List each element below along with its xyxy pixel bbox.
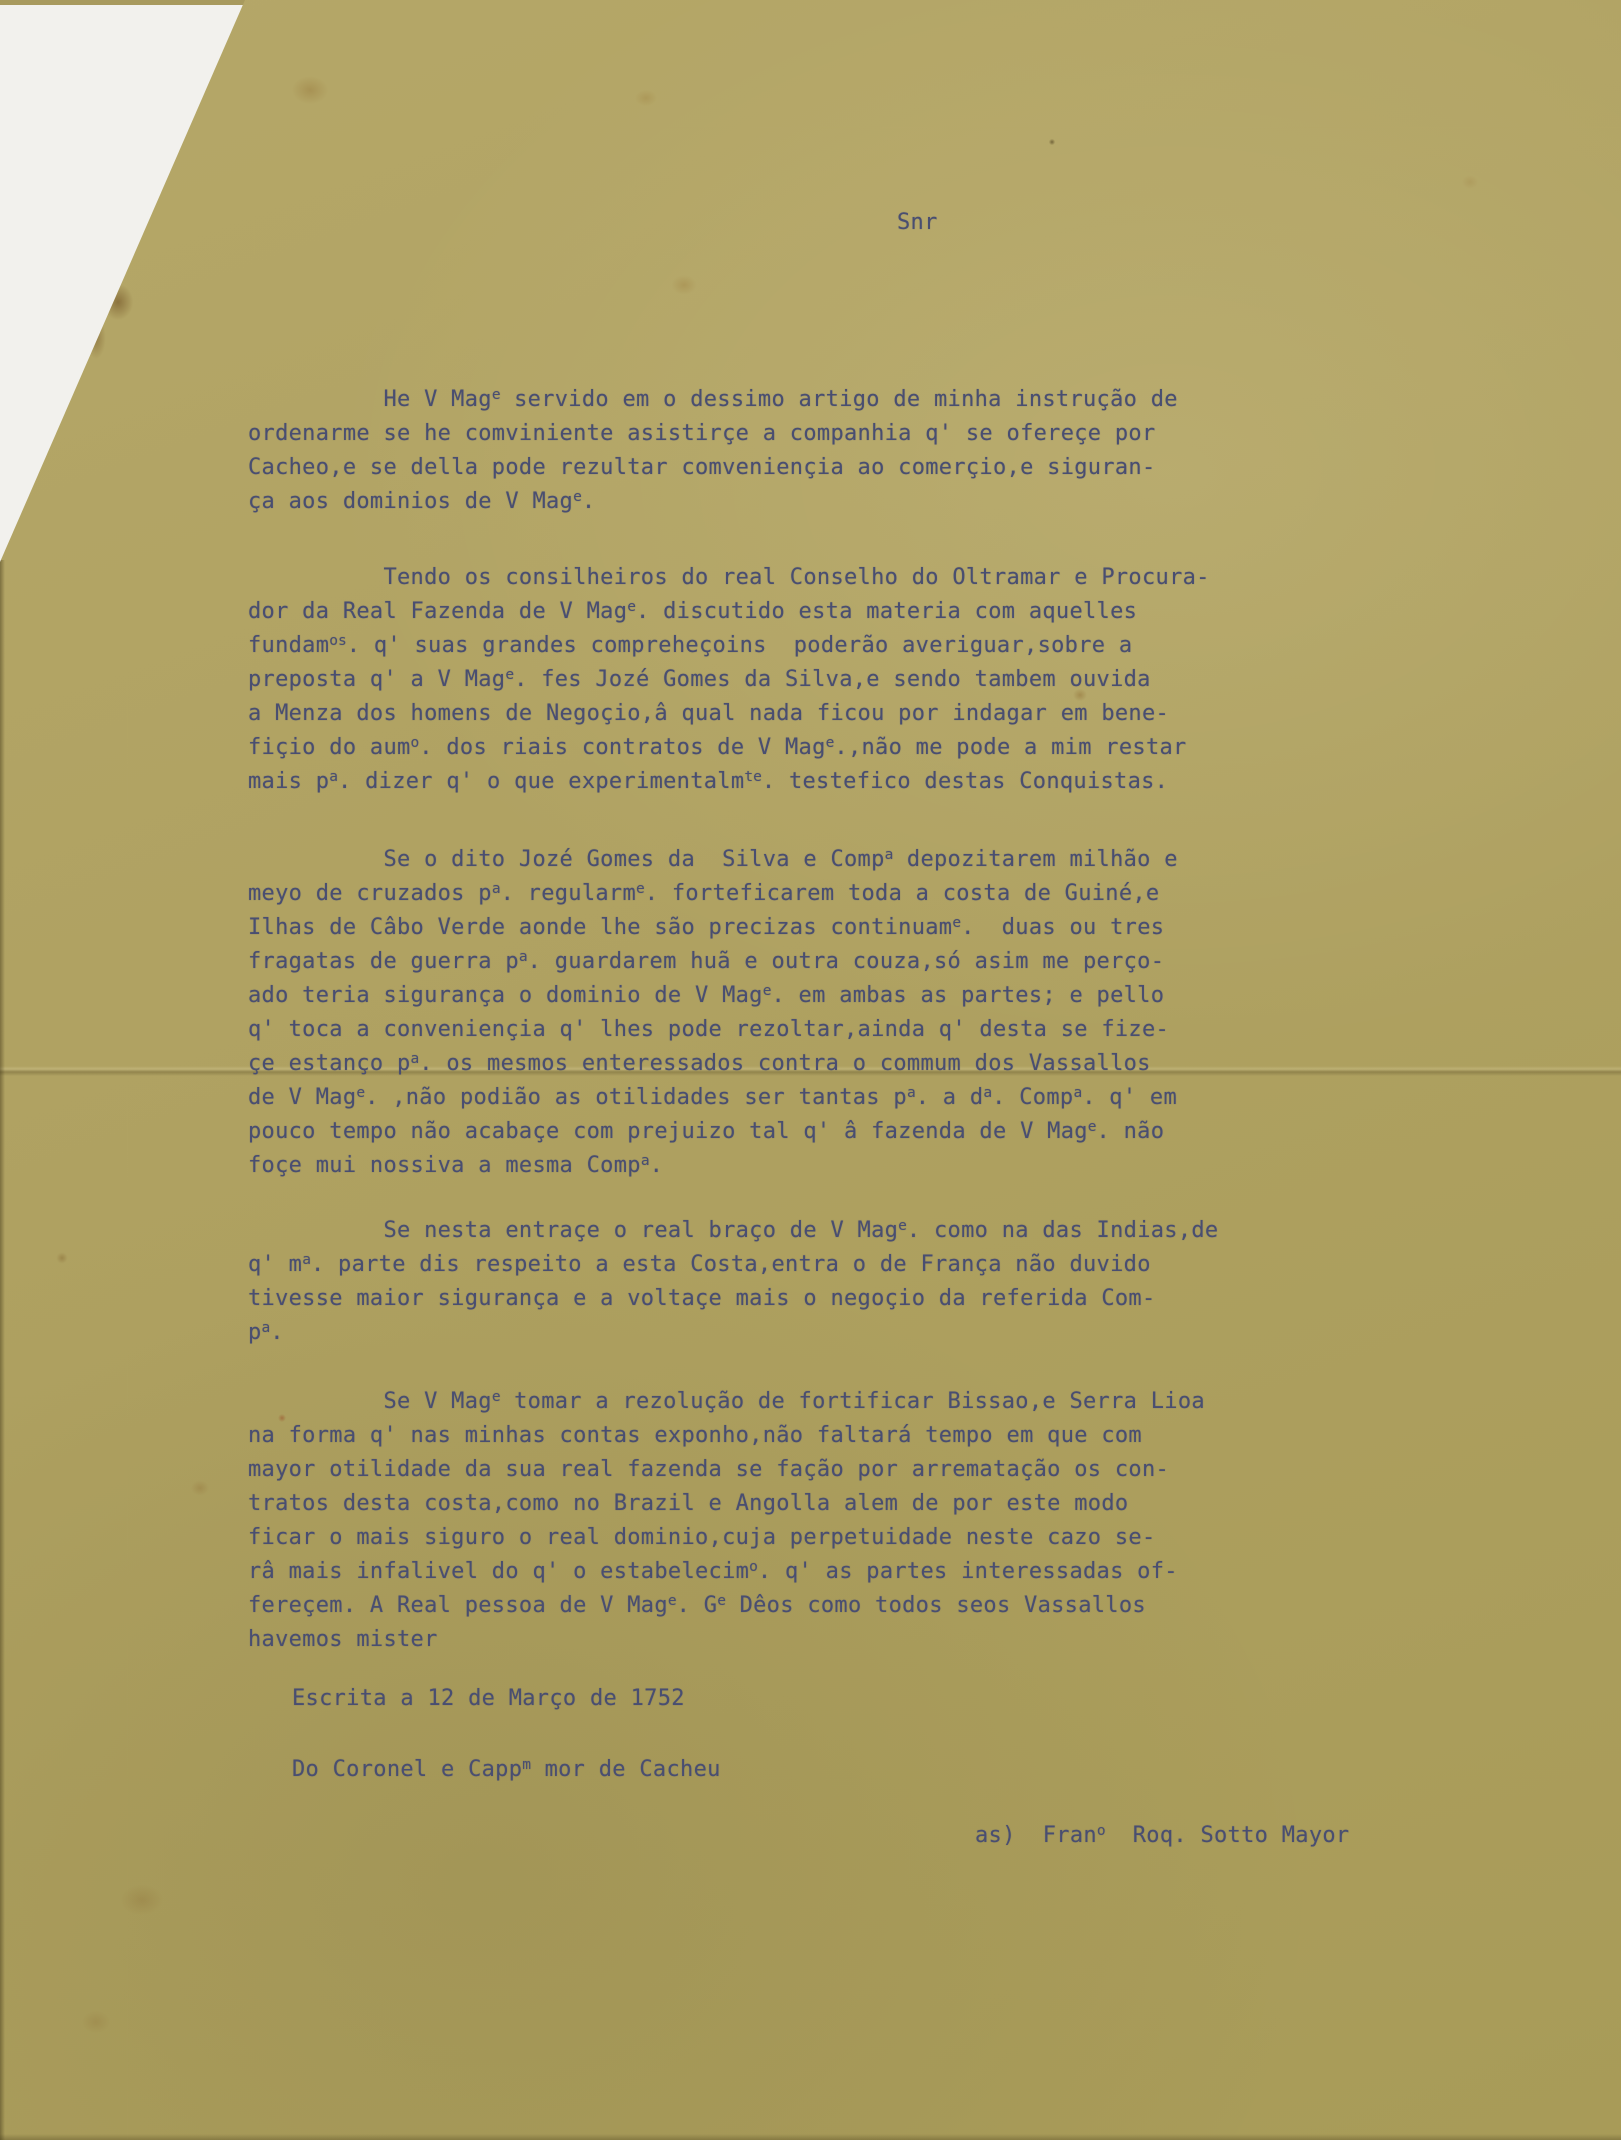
paragraph-2: Tendo os consilheiros do real Conselho d… — [248, 561, 1210, 799]
backing-sheet-edge — [0, 0, 252, 5]
scan-background: Snr He V Mage servido em o dessimo artig… — [0, 0, 1621, 2140]
sender-line: Do Coronel e Cappm mor de Cacheu — [292, 1753, 721, 1787]
paper-bottom-edge-shadow — [0, 2134, 1621, 2140]
date-line: Escrita a 12 de Março de 1752 — [292, 1682, 685, 1716]
paragraph-4: Se nesta entraçe o real braço de V Mage.… — [248, 1214, 1218, 1350]
paper-left-edge-shadow — [0, 560, 5, 2140]
paragraph-1: He V Mage servido em o dessimo artigo de… — [248, 383, 1178, 519]
paragraph-3: Se o dito Jozé Gomes da Silva e Compa de… — [248, 843, 1178, 1183]
paragraph-5: Se V Mage tomar a rezolução de fortifica… — [248, 1385, 1205, 1657]
letter-page: Snr He V Mage servido em o dessimo artig… — [0, 0, 1621, 2140]
signature-line: as) Frano Roq. Sotto Mayor — [975, 1819, 1349, 1853]
salutation: Snr — [897, 206, 938, 240]
